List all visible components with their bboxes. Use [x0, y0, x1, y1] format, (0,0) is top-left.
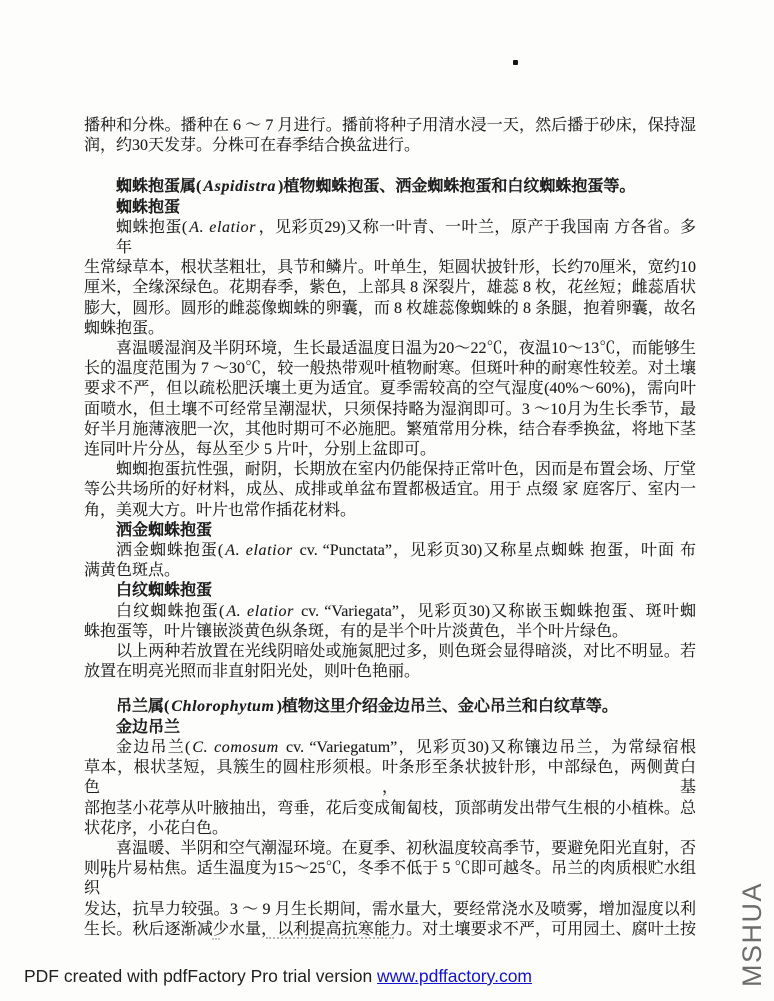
- text-segment: )植物蜘蛛抱蛋、洒金蜘蛛抱蛋和白纹蜘蛛抱蛋等。: [278, 178, 635, 195]
- text-line: 发达，抗旱力较强。3 ～ 9 月生长期间，需水量大，要经常浇水及喷雾，增加湿度以…: [84, 900, 696, 920]
- latin-name: A. elatior: [223, 542, 294, 559]
- text-segment: 蜘蛛抱蛋: [116, 199, 180, 216]
- text-segment: 生常绿草本，根状茎粗壮，具节和鳞片。叶单生，矩圆状披针形，长约70厘米，宽约10: [84, 259, 696, 276]
- text-line: 蜘蛛抱蛋(A. elatior，见彩页29)又称一叶青、一叶兰，原产于我国南 方…: [84, 218, 696, 258]
- text-segment: 发达，抗旱力较强。3 ～ 9 月生长期间，需水量大，要经常浇水及喷雾，增加湿度以…: [84, 901, 696, 918]
- text-line: 蛛抱蛋等，叶片镶嵌淡黄色纵条斑，有的是半个叶片淡黄色，半个叶片绿色。: [84, 622, 696, 642]
- scan-artifact-dashes: [266, 937, 394, 939]
- text-line: 面喷水，但土壤不可经常呈潮湿状，只须保持略为湿润即可。3 ～10月为生长季节，最: [84, 400, 696, 420]
- text-segment: 白纹蜘蛛抱蛋(: [116, 603, 224, 620]
- text-line: 金边吊兰(C. comosum cv. “Variegatum”，见彩页30)又…: [84, 738, 696, 758]
- heading-line: 吊兰属(Chlorophytum)植物这里介绍金边吊兰、金心吊兰和白纹草等。: [84, 697, 696, 717]
- text-line: 润，约30天发芽。分株可在春季结合换盆进行。: [84, 136, 696, 156]
- scan-artifact-small: [212, 938, 220, 940]
- text-segment: 洒金蜘蛛抱蛋: [116, 522, 212, 539]
- text-line: 长的温度范围为 7 ～30℃，较一般热带观叶植物耐寒。但斑叶种的耐寒性较差。对土…: [84, 359, 696, 379]
- text-segment: 厘米，全缘深绿色。花期春季，紫色，上部具 8 深裂片，雄蕊 8 枚，花丝短；雌蕊…: [84, 279, 696, 296]
- text-segment: 部抱茎小花葶从叶腋抽出，弯垂，花后变成匍匐枝，顶部萌发出带气生根的小植株。总: [84, 800, 696, 817]
- text-line: 膨大，圆形。圆形的雌蕊像蜘蛛的卵囊，而 8 枚雄蕊像蜘蛛的 8 条腿，抱着卵囊，…: [84, 299, 696, 319]
- latin-name: Chlorophytum: [169, 698, 276, 715]
- text-block: 播种和分株。播种在 6 ～ 7 月进行。播前将种子用清水浸一天，然后播于砂床，保…: [84, 116, 696, 940]
- text-line: 则叶片易枯焦。适生温度为15～25℃，冬季不低于 5 ℃即可越冬。吊兰的肉质根贮…: [84, 859, 696, 899]
- text-segment: 金边吊兰: [116, 719, 180, 736]
- text-segment: 好半月施薄液肥一次，其他时期可不必施肥。繁殖常用分株，结合春季换盆，将地下茎: [84, 421, 696, 438]
- heading-line: 洒金蜘蛛抱蛋: [84, 521, 696, 541]
- text-segment: 吊兰属(: [116, 698, 169, 715]
- text-segment: 金边吊兰(: [116, 739, 190, 756]
- text-line: 播种和分株。播种在 6 ～ 7 月进行。播前将种子用清水浸一天，然后播于砂床，保…: [84, 116, 696, 136]
- text-line: 好半月施薄液肥一次，其他时期可不必施肥。繁殖常用分株，结合春季换盆，将地下茎: [84, 420, 696, 440]
- pdffactory-footer: PDF created with pdfFactory Pro trial ve…: [24, 966, 532, 987]
- latin-name: A. elatior: [187, 219, 258, 236]
- text-segment: )植物这里介绍金边吊兰、金心吊兰和白纹草等。: [277, 698, 618, 715]
- heading-line: 蜘蛛抱蛋属(Aspidistra)植物蜘蛛抱蛋、洒金蜘蛛抱蛋和白纹蜘蛛抱蛋等。: [84, 177, 696, 197]
- watermark-mshua: MSHUA: [737, 882, 768, 987]
- text-segment: 放置在明亮光照而非直射阳光处，则叶色艳丽。: [84, 663, 420, 680]
- text-line: 喜温暖、半阴和空气潮湿环境。在夏季、初秋温度较高季节，要避免阳光直射，否: [84, 839, 696, 859]
- latin-name: A. elatior: [224, 603, 296, 620]
- text-line: 等公共场所的好材料，成丛、成排或单盆布置都极适宜。用于 点缀 家 庭客厅、室内一: [84, 480, 696, 500]
- text-line: 喜温暖湿润及半阴环境，生长最适温度日温为20～22℃，夜温10～13℃，而能够生: [84, 339, 696, 359]
- pdffactory-link[interactable]: www.pdffactory.com: [377, 966, 532, 986]
- text-segment: 蜘蛛抱蛋。: [84, 320, 164, 337]
- text-segment: 则叶片易枯焦。适生温度为15～25℃，冬季不低于 5 ℃即可越冬。吊兰的肉质根贮…: [84, 860, 696, 897]
- text-line: 要求不严，但以疏松肥沃壤土更为适宜。夏季需较高的空气湿度(40%～60%)，需向…: [84, 379, 696, 399]
- latin-name: C. comosum: [190, 739, 280, 756]
- scanned-page: { "page": { "number": "76" }, "watermark…: [0, 0, 774, 1001]
- text-segment: 蜘蛛抱蛋属(: [116, 178, 201, 195]
- text-line: 以上两种若放置在光线阴暗处或施氮肥过多，则色斑会显得暗淡，对比不明显。若: [84, 642, 696, 662]
- text-segment: cv. “Variegatum”，见彩页30)又称镶边吊兰，为常绿宿根: [281, 739, 696, 756]
- text-line: 蜘蜘抱蛋抗性强，耐阴，长期放在室内仍能保持正常叶色，因而是布置会场、厅堂: [84, 460, 696, 480]
- footer-text: PDF created with pdfFactory Pro trial ve…: [24, 966, 377, 986]
- text-segment: 喜温暖湿润及半阴环境，生长最适温度日温为20～22℃，夜温10～13℃，而能够生: [116, 340, 696, 357]
- text-line: 角，美观大方。叶片也常作插花材料。: [84, 501, 696, 521]
- text-line: 满黄色斑点。: [84, 561, 696, 581]
- text-segment: cv. “Punctata”，见彩页30)又称星点蜘蛛 抱蛋，叶面 布: [295, 542, 696, 559]
- text-line: 部抱茎小花葶从叶腋抽出，弯垂，花后变成匍匐枝，顶部萌发出带气生根的小植株。总: [84, 799, 696, 819]
- text-segment: 满黄色斑点。: [84, 562, 180, 579]
- text-segment: 生长。秋后逐渐减少水量，以利提高抗寒能力。对土壤要求不严，可用园土、腐叶土按: [84, 921, 696, 938]
- text-segment: 状花序，小花白色。: [84, 820, 228, 837]
- latin-name: Aspidistra: [201, 178, 278, 195]
- text-line: 白纹蜘蛛抱蛋(A. elatior cv. “Variegata”，见彩页30)…: [84, 602, 696, 622]
- text-segment: 长的温度范围为 7 ～30℃，较一般热带观叶植物耐寒。但斑叶种的耐寒性较差。对土…: [84, 360, 696, 377]
- text-segment: 蜘蛛抱蛋(: [116, 219, 187, 236]
- text-line: 洒金蜘蛛抱蛋(A. elatior cv. “Punctata”，见彩页30)又…: [84, 541, 696, 561]
- text-segment: 以上两种若放置在光线阴暗处或施氮肥过多，则色斑会显得暗淡，对比不明显。若: [116, 643, 696, 660]
- text-segment: cv. “Variegata”，见彩页30)又称嵌玉蜘蛛抱蛋、斑叶蜘: [296, 603, 696, 620]
- text-line: 厘米，全缘深绿色。花期春季，紫色，上部具 8 深裂片，雄蕊 8 枚，花丝短；雌蕊…: [84, 278, 696, 298]
- text-segment: 播种和分株。播种在 6 ～ 7 月进行。播前将种子用清水浸一天，然后播于砂床，保…: [84, 117, 696, 134]
- text-segment: 草本，根状茎短，具簇生的圆柱形须根。叶条形至条状披针形，中部绿色，两侧黄白色，基: [84, 759, 696, 796]
- text-segment: 膨大，圆形。圆形的雌蕊像蜘蛛的卵囊，而 8 枚雄蕊像蜘蛛的 8 条腿，抱着卵囊，…: [84, 300, 696, 317]
- text-segment: 连同叶片分丛，每丛至少 5 片叶，分别上盆即可。: [84, 441, 436, 458]
- ink-dot-artifact: [513, 60, 518, 65]
- text-segment: 喜温暖、半阴和空气潮湿环境。在夏季、初秋温度较高季节，要避免阳光直射，否: [116, 840, 696, 857]
- text-segment: 等公共场所的好材料，成丛、成排或单盆布置都极适宜。用于 点缀 家 庭客厅、室内一: [84, 481, 696, 498]
- text-line: 放置在明亮光照而非直射阳光处，则叶色艳丽。: [84, 662, 696, 682]
- text-segment: 角，美观大方。叶片也常作插花材料。: [84, 502, 356, 519]
- heading-line: 蜘蛛抱蛋: [84, 198, 696, 218]
- text-line: 状花序，小花白色。: [84, 819, 696, 839]
- heading-line: 金边吊兰: [84, 718, 696, 738]
- page-number: 76: [100, 866, 117, 883]
- text-segment: 蛛抱蛋等，叶片镶嵌淡黄色纵条斑，有的是半个叶片淡黄色，半个叶片绿色。: [84, 623, 628, 640]
- heading-line: 白纹蜘蛛抱蛋: [84, 581, 696, 601]
- text-segment: 要求不严，但以疏松肥沃壤土更为适宜。夏季需较高的空气湿度(40%～60%)，需向…: [84, 380, 696, 397]
- text-segment: 蜘蜘抱蛋抗性强，耐阴，长期放在室内仍能保持正常叶色，因而是布置会场、厅堂: [116, 461, 696, 478]
- text-segment: 面喷水，但土壤不可经常呈潮湿状，只须保持略为湿润即可。3 ～10月为生长季节，最: [84, 401, 696, 418]
- text-line: 连同叶片分丛，每丛至少 5 片叶，分别上盆即可。: [84, 440, 696, 460]
- text-line: 草本，根状茎短，具簇生的圆柱形须根。叶条形至条状披针形，中部绿色，两侧黄白色，基: [84, 758, 696, 798]
- text-line: 蜘蛛抱蛋。: [84, 319, 696, 339]
- text-line: 生常绿草本，根状茎粗壮，具节和鳞片。叶单生，矩圆状披针形，长约70厘米，宽约10: [84, 258, 696, 278]
- text-segment: 白纹蜘蛛抱蛋: [116, 582, 212, 599]
- text-segment: 润，约30天发芽。分株可在春季结合换盆进行。: [84, 137, 420, 154]
- text-segment: 洒金蜘蛛抱蛋(: [116, 542, 223, 559]
